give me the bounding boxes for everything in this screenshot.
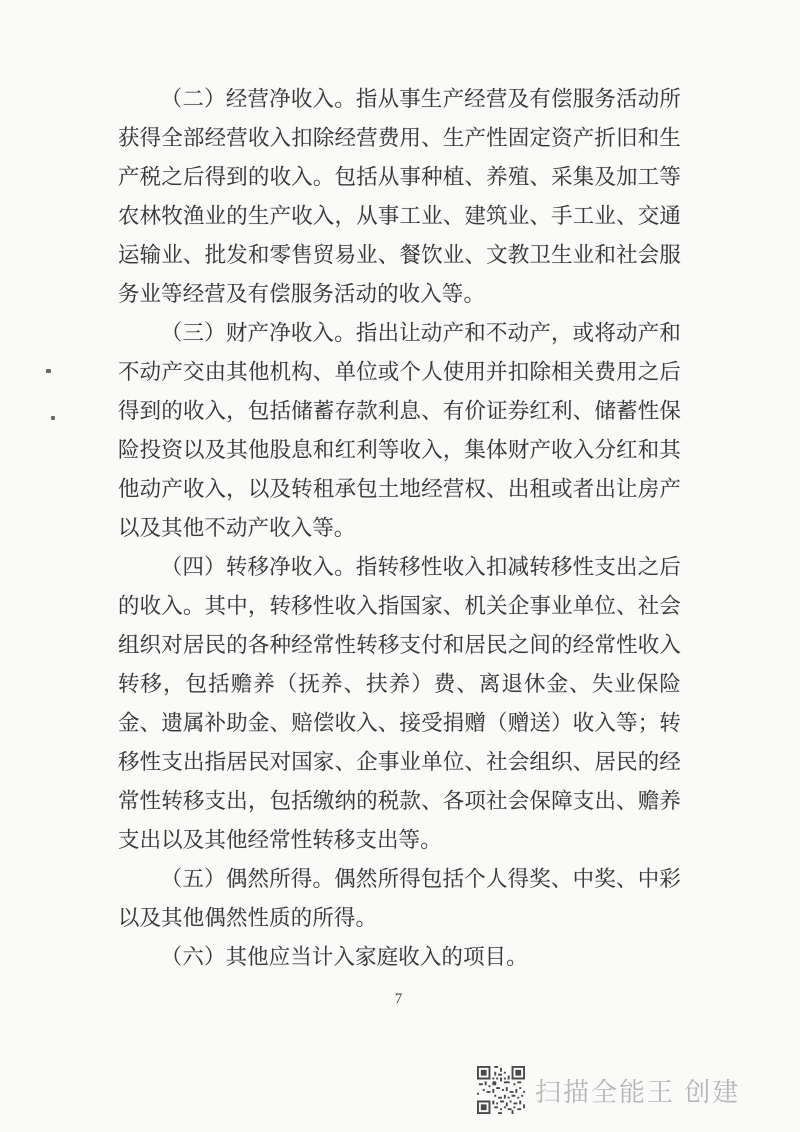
- watermark-label: 扫描全能王 创建: [535, 1072, 740, 1109]
- paragraph-transfer-net-income: （四）转移净收入。指转移性收入扣减转移性支出之后的收入。其中，转移性收入指国家、…: [118, 548, 681, 860]
- scan-speck: [46, 369, 51, 373]
- scanned-document-page: （二）经营净收入。指从事生产经营及有偿服务活动所获得全部经营收入扣除经营费用、生…: [0, 0, 800, 1132]
- camscanner-watermark: 扫描全能王 创建: [477, 1066, 740, 1114]
- qr-code-icon: [477, 1066, 525, 1114]
- paragraph-incidental-income: （五）偶然所得。偶然所得包括个人得奖、中奖、中彩以及其他偶然性质的所得。: [118, 860, 681, 938]
- scan-speck: [51, 416, 55, 420]
- page-number: 7: [0, 991, 797, 1008]
- paragraph-other-income-items: （六）其他应当计入家庭收入的项目。: [118, 938, 681, 977]
- paragraph-property-net-income: （三）财产净收入。指出让动产和不动产，或将动产和不动产交由其他机构、单位或个人使…: [118, 314, 681, 548]
- document-body: （二）经营净收入。指从事生产经营及有偿服务活动所获得全部经营收入扣除经营费用、生…: [118, 80, 681, 977]
- paragraph-operating-net-income: （二）经营净收入。指从事生产经营及有偿服务活动所获得全部经营收入扣除经营费用、生…: [118, 80, 681, 314]
